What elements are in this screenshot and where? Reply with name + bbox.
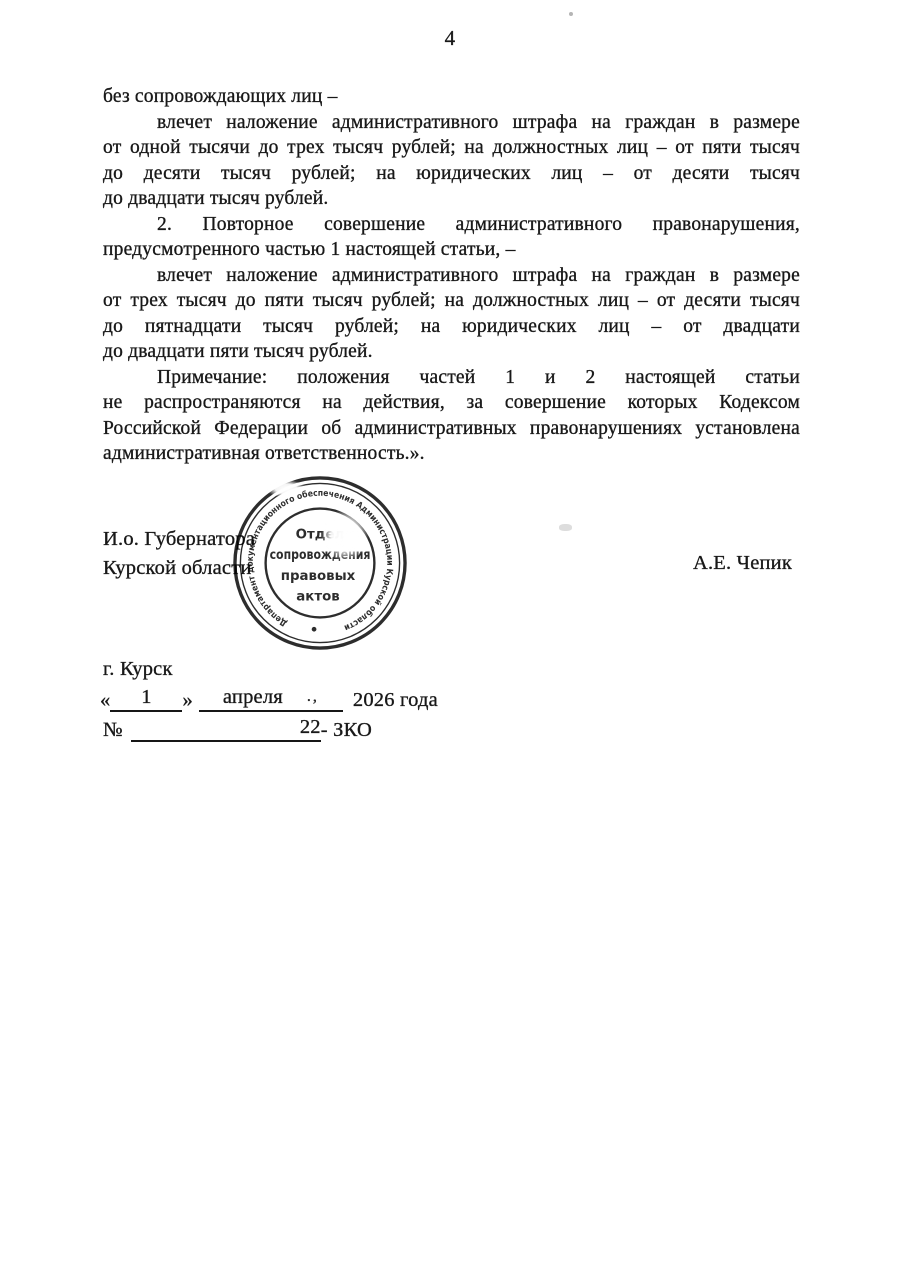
stamp-ring-dot (312, 627, 317, 632)
page-number: 4 (400, 26, 500, 51)
body-line: до двадцати тысяч рублей. (103, 186, 800, 212)
quote-close: » (182, 689, 192, 711)
stamp-ink-fade-top (267, 480, 307, 498)
official-stamp: Департамент документационного обеспечени… (231, 474, 409, 652)
signatory-name: А.Е. Чепик (640, 552, 792, 575)
body-line: до пятнадцати тысяч рублей; на юридическ… (103, 314, 800, 340)
stamp-center-line3: правовых (281, 569, 356, 584)
body-line: от одной тысячи до трех тысяч рублей; на… (103, 135, 800, 161)
number-suffix: - ЗКО (321, 719, 372, 741)
footer-number-line: №22- ЗКО (103, 714, 372, 742)
body-line: влечет наложение административного штраф… (103, 110, 800, 136)
stamp-center-line4: актов (296, 590, 339, 605)
body-line: без сопровождающих лиц – (103, 84, 800, 110)
month-blank: апреля (199, 684, 307, 712)
year-text: 2026 года (353, 689, 438, 711)
document-body: без сопровождающих лиц – влечет наложени… (103, 84, 800, 467)
body-line: от трех тысяч до пяти тысяч рублей; на д… (103, 288, 800, 314)
body-line: Российской Федерации об административных… (103, 416, 800, 442)
day-blank: 1 (110, 684, 182, 712)
footer-date-line: «1»апреля.,2026 года (100, 684, 438, 712)
number-blank: 22 (131, 714, 321, 742)
body-line: до двадцати пяти тысяч рублей. (103, 339, 800, 365)
body-line: до десяти тысяч рублей; на юридических л… (103, 161, 800, 187)
stamp-ink-fade (321, 510, 368, 561)
body-line: предусмотренного частью 1 настоящей стат… (103, 237, 800, 263)
body-line: влечет наложение административного штраф… (103, 263, 800, 289)
quote-open: « (100, 689, 110, 711)
scan-speck (559, 524, 572, 531)
stamp-seal-graphic: Департамент документационного обеспечени… (231, 474, 409, 652)
scanned-document: { "page": { "number": "4" }, "body": { "… (0, 0, 902, 1280)
number-sign: № (103, 719, 123, 741)
body-line: 2. Повторное совершение административног… (103, 212, 800, 238)
body-line: Примечание: положения частей 1 и 2 насто… (103, 365, 800, 391)
body-line: не распространяются на действия, за сове… (103, 390, 800, 416)
footer-city: г. Курск (103, 658, 173, 681)
stray-marks: ., (307, 684, 343, 712)
scan-speck (569, 12, 573, 16)
body-line: административная ответственность.». (103, 441, 800, 467)
